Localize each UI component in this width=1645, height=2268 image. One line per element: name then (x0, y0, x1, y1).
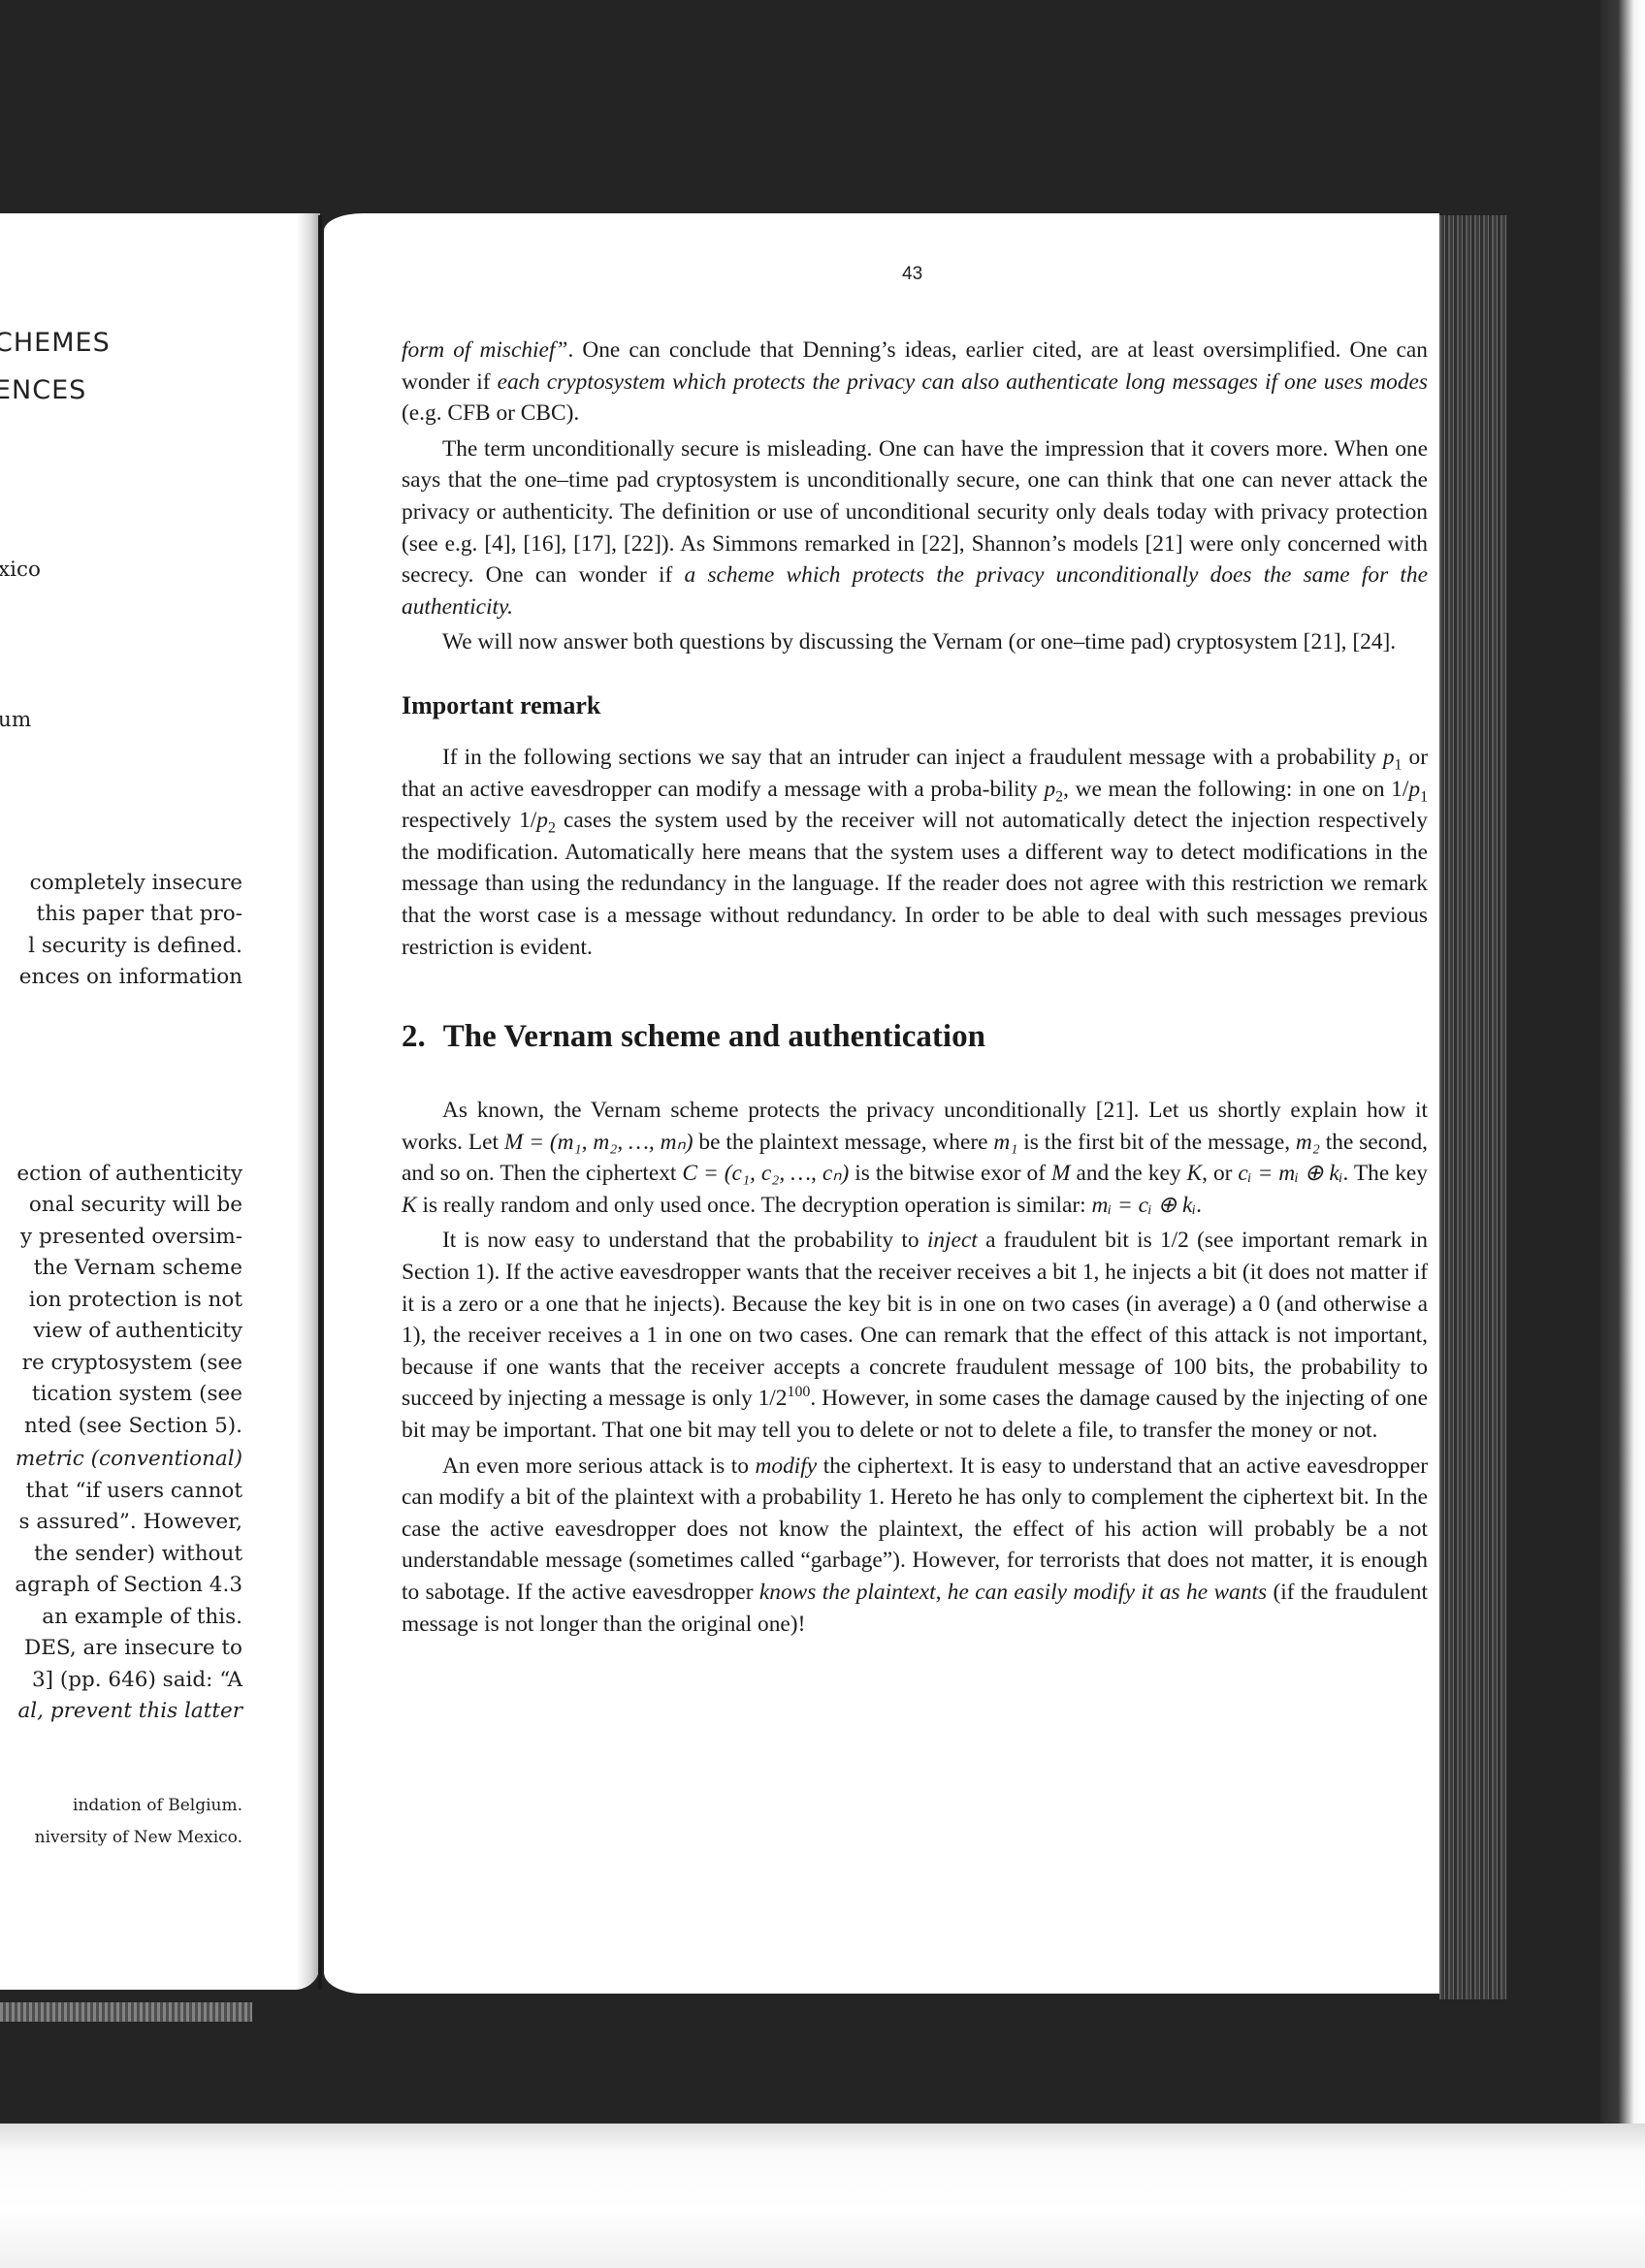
left-body-line: nted (see Section 5). (24, 1414, 242, 1438)
left-footnote: niversity of New Mexico. (35, 1828, 242, 1847)
left-body-line: that “if users cannot (26, 1479, 242, 1503)
paragraph-continued: form of mischief”. One can conclude that… (402, 335, 1428, 430)
scanner-edge-right (1600, 0, 1645, 2268)
remark-heading: Important remark (402, 691, 1428, 720)
left-title-line-2: ENCES (0, 375, 86, 405)
left-title-line-1: CHEMES (0, 328, 111, 358)
page-number: 43 (902, 264, 922, 285)
left-body-line: 3] (pp. 646) said: “A (32, 1668, 242, 1692)
left-body-line: an example of this. (42, 1605, 242, 1629)
left-abstract-line: this paper that pro- (37, 902, 242, 926)
left-body-line: onal security will be (29, 1193, 242, 1217)
page-stack-edge (1439, 215, 1507, 1999)
paragraph-unconditional-security: The term unconditionally secure is misle… (402, 433, 1428, 623)
book-gutter (318, 215, 322, 1990)
left-body-line: view of authenticity (33, 1319, 242, 1343)
left-facing-page: CHEMES ENCES xico um completely insecure… (0, 213, 320, 1990)
paragraph-inject-attack: It is now easy to understand that the pr… (402, 1225, 1428, 1446)
left-body-line: re cryptosystem (see (22, 1351, 242, 1375)
left-body-line: y presented oversim- (20, 1225, 242, 1249)
section-heading: 2.The Vernam scheme and authentication (402, 1019, 1428, 1054)
left-abstract-line: l security is defined. (28, 934, 242, 958)
left-body-line: agraph of Section 4.3 (15, 1573, 242, 1597)
left-body-line: ion protection is not (29, 1288, 242, 1312)
left-footnote: indation of Belgium. (73, 1796, 242, 1815)
left-body-line: the sender) without (34, 1542, 242, 1566)
left-body-line: metric (conventional) (16, 1447, 242, 1471)
left-body-line: al, prevent this latter (17, 1699, 242, 1723)
left-abstract-line: ences on information (19, 965, 242, 989)
scanner-bed-bottom (0, 2124, 1645, 2268)
left-body-line: tication system (see (32, 1382, 242, 1406)
left-affiliation-fragment: um (0, 708, 31, 732)
left-body-line: s assured”. However, (19, 1510, 242, 1534)
left-body-line: ection of authenticity (16, 1162, 242, 1186)
paragraph-vernam-scheme: As known, the Vernam scheme protects the… (402, 1095, 1428, 1221)
left-affiliation-fragment: xico (0, 558, 41, 582)
left-abstract-line: completely insecure (30, 871, 242, 895)
paragraph-important-remark: If in the following sections we say that… (402, 742, 1428, 963)
left-page-edge (0, 2002, 252, 2022)
left-body-line: DES, are insecure to (24, 1636, 242, 1660)
paragraph-vernam-intro: We will now answer both questions by dis… (402, 626, 1428, 658)
paragraph-modify-attack: An even more serious attack is to modify… (402, 1451, 1428, 1641)
left-body-line: the Vernam scheme (34, 1256, 242, 1280)
main-text-column: form of mischief”. One can conclude that… (402, 335, 1428, 1644)
